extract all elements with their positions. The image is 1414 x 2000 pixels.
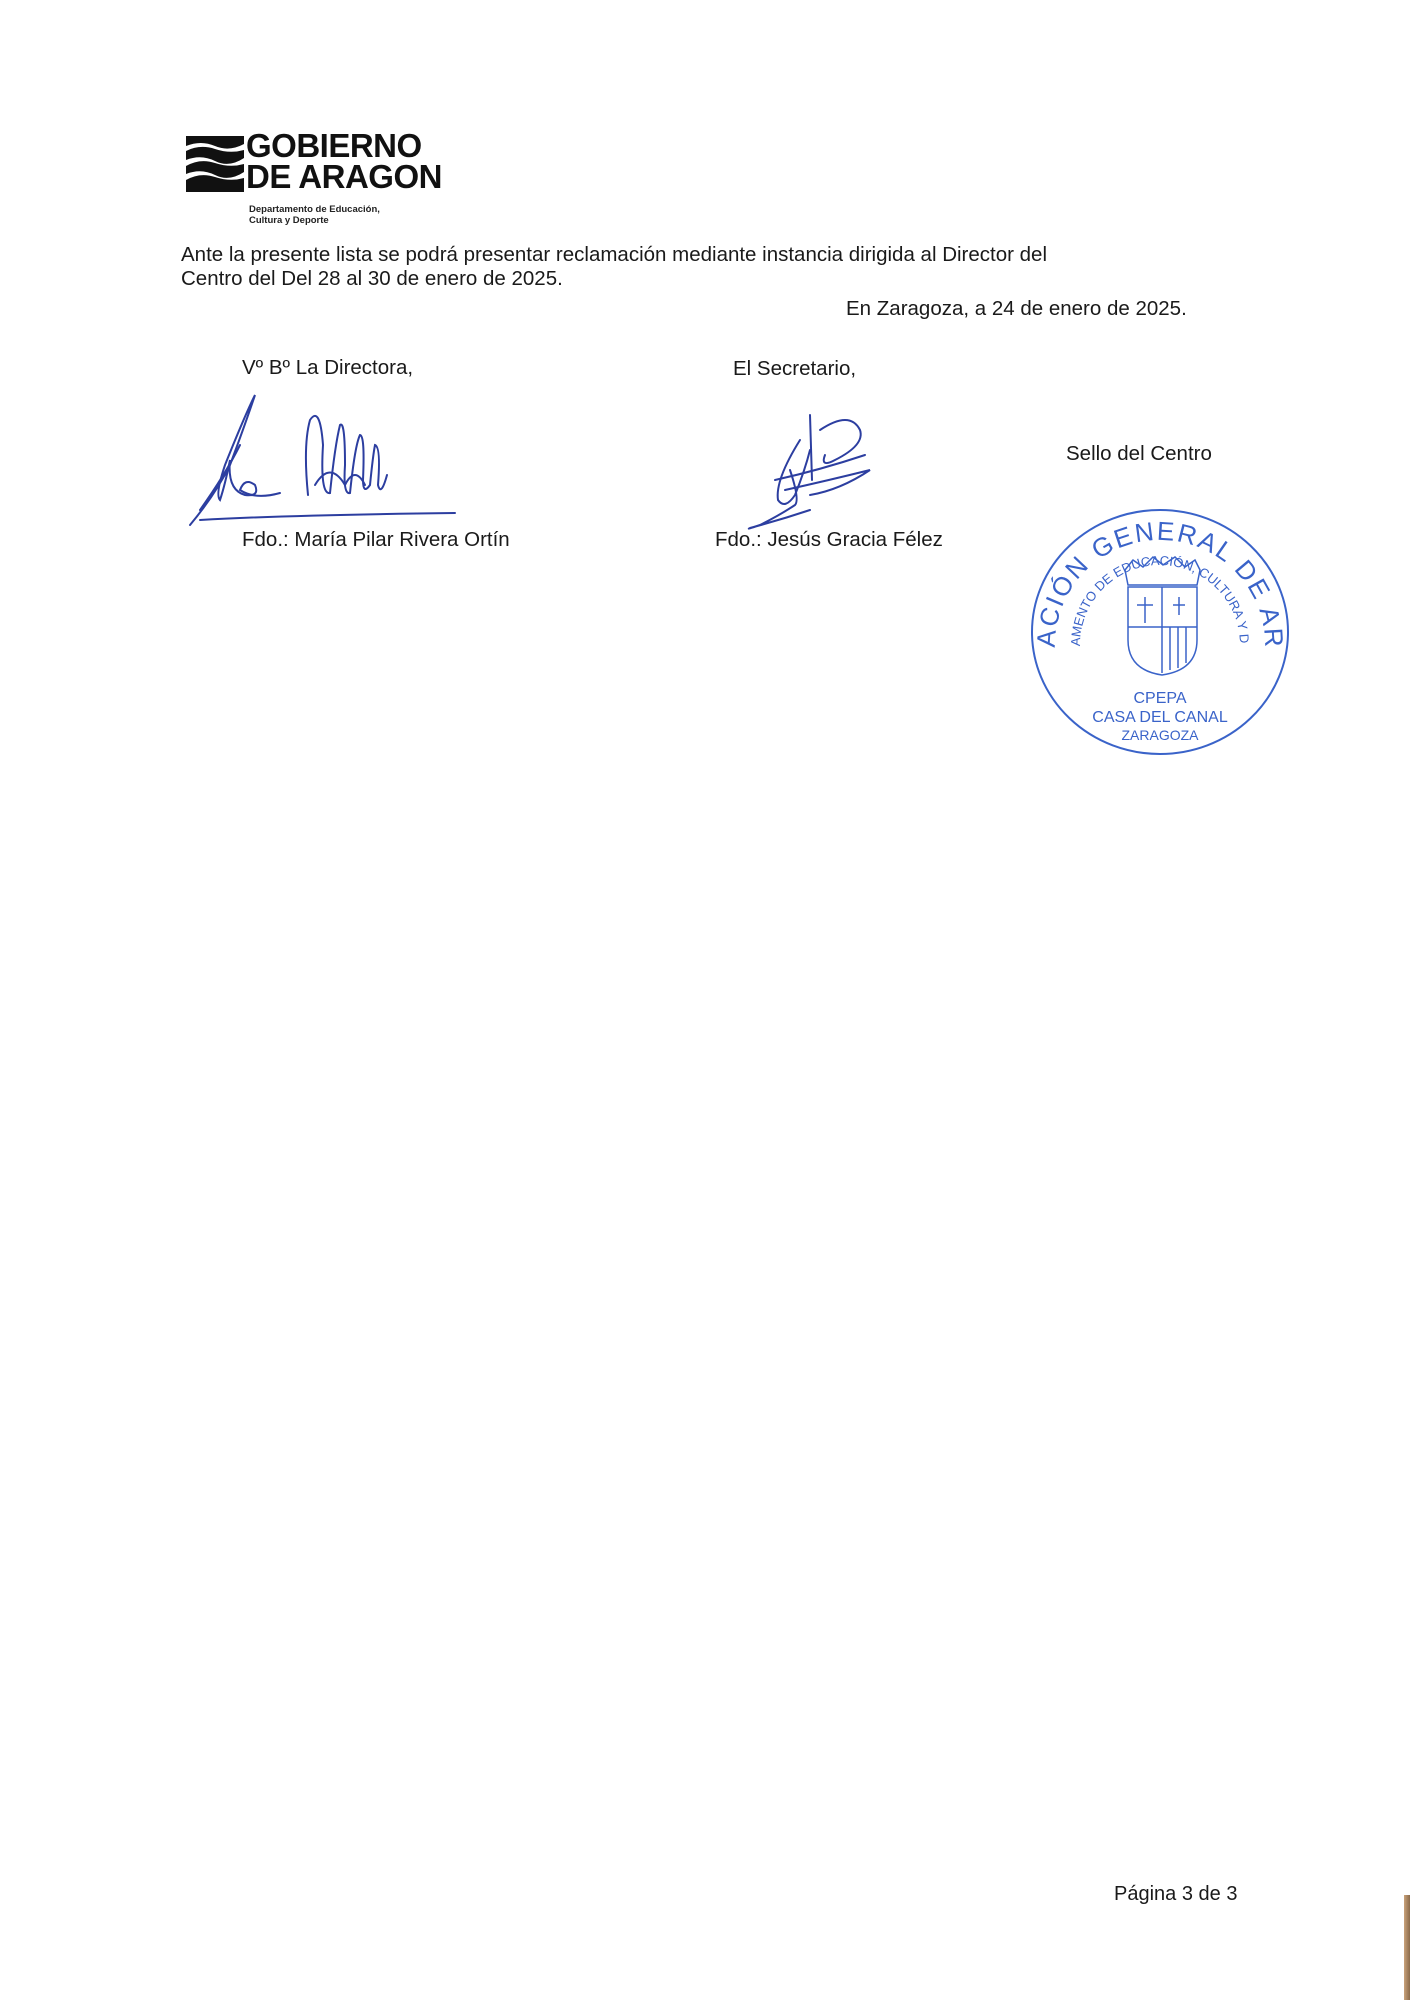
logo-department-line2: Cultura y Deporte: [249, 215, 380, 226]
place-and-date: En Zaragoza, a 24 de enero de 2025.: [846, 297, 1187, 321]
logo-department: Departamento de Educación, Cultura y Dep…: [249, 204, 380, 226]
svg-text:CPEPA: CPEPA: [1133, 690, 1186, 707]
director-name: Fdo.: María Pilar Rivera Ortín: [242, 528, 510, 552]
logo-title: GOBIERNO DE ARAGON: [246, 130, 442, 192]
claim-notice-line1: Ante la presente lista se podrá presenta…: [181, 243, 1181, 267]
logo-department-line1: Departamento de Educación,: [249, 204, 380, 215]
svg-text:ZARAGOZA: ZARAGOZA: [1121, 727, 1199, 743]
claim-notice-line2: Centro del Del 28 al 30 de enero de 2025…: [181, 267, 1181, 291]
secretary-name: Fdo.: Jesús Gracia Félez: [715, 528, 943, 552]
director-role: Vº Bº La Directora,: [242, 356, 413, 380]
school-seal-stamp-icon: DIPUTACIÓN GENERAL DE ARAGÓN DEPARTAMENT…: [1025, 505, 1295, 760]
secretary-signature-icon: [740, 410, 890, 540]
gobierno-aragon-logo-icon: [186, 136, 244, 192]
claim-notice: Ante la presente lista se podrá presenta…: [181, 243, 1181, 291]
logo-title-line2: DE ARAGON: [246, 161, 442, 192]
page-number: Página 3 de 3: [1114, 1883, 1237, 1906]
scan-edge-artifact: [1404, 1895, 1410, 2000]
seal-caption: Sello del Centro: [1066, 442, 1212, 466]
svg-text:CASA DEL CANAL: CASA DEL CANAL: [1092, 709, 1228, 726]
secretary-role: El Secretario,: [733, 357, 856, 381]
director-signature-icon: [185, 385, 465, 535]
logo-title-line1: GOBIERNO: [246, 130, 442, 161]
